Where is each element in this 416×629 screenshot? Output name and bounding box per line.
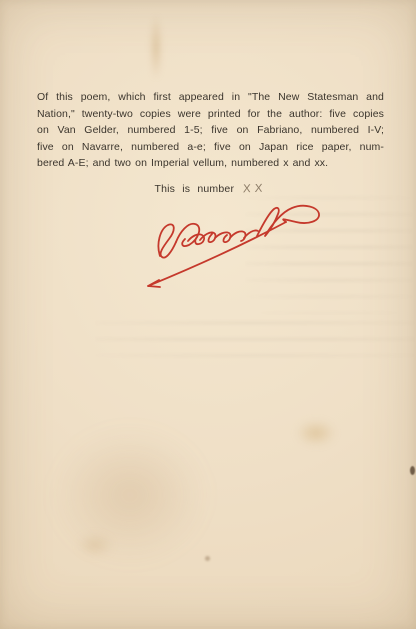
page-showthrough — [95, 310, 415, 364]
colophon-paragraph: Of this poem, which first appeared in "T… — [37, 89, 384, 172]
paper-speck — [410, 466, 415, 475]
limitation-line: This is numberXX — [37, 181, 384, 197]
colophon-line: five on Navarre, numbered a-e; five on J… — [37, 139, 384, 156]
colophon-line: Nation," twenty-two copies were printed … — [37, 106, 384, 123]
paper-stain — [205, 556, 210, 561]
paper-stain — [78, 535, 112, 555]
paper-stain — [296, 420, 336, 446]
copy-number: XX — [243, 181, 267, 198]
limitation-label: This is number — [155, 183, 235, 195]
colophon-line: on Van Gelder, numbered 1-5; five on Fab… — [37, 122, 384, 139]
paper-stain — [55, 430, 205, 560]
signature-stroke — [148, 206, 319, 287]
author-signature-icon — [136, 196, 326, 296]
colophon-line: bered A-E; and two on Imperial vellum, n… — [37, 155, 384, 172]
book-page: Of this poem, which first appeared in "T… — [0, 0, 416, 629]
colophon-line: Of this poem, which first appeared in "T… — [37, 89, 384, 106]
paper-stain — [149, 14, 163, 80]
